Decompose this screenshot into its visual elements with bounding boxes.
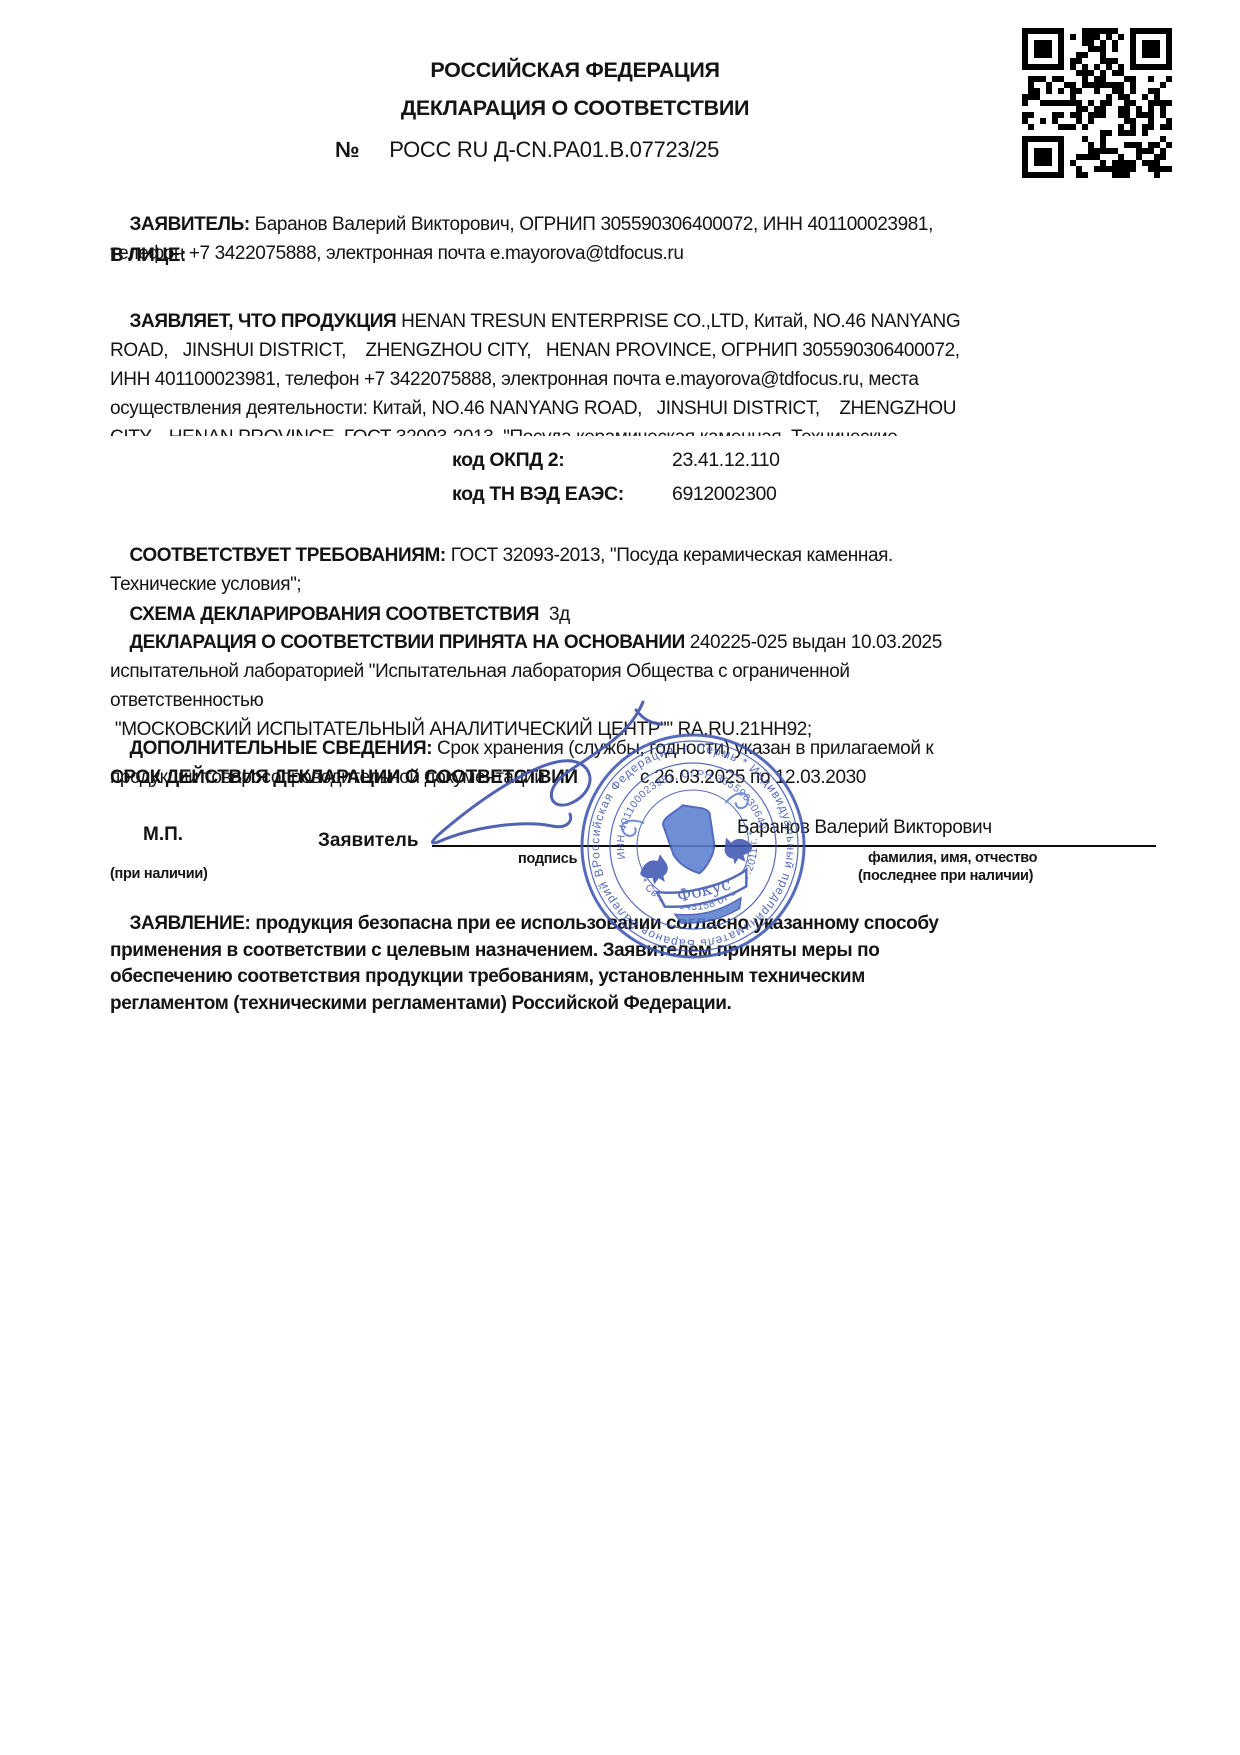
name-caption-line1: фамилия, имя, отчество	[868, 850, 1037, 866]
stamp-place-label: М.П.	[143, 824, 183, 846]
additional-label: ДОПОЛНИТЕЛЬНЫЕ СВЕДЕНИЯ:	[130, 738, 433, 759]
okpd-code-value: 23.41.12.110	[672, 449, 780, 472]
stamp-place-note: (при наличии)	[110, 866, 208, 882]
tnved-code-label: код ТН ВЭД ЕАЭС:	[452, 483, 624, 506]
document-title: ДЕКЛАРАЦИЯ О СООТВЕТСТВИИ	[0, 96, 1150, 121]
declaration-document: РОССИЙСКАЯ ФЕДЕРАЦИЯ ДЕКЛАРАЦИЯ О СООТВЕ…	[0, 0, 1240, 1755]
tnved-code-value: 6912002300	[672, 483, 776, 506]
declaration-number-row: №РОСС RU Д-CN.РА01.В.07723/25	[335, 137, 719, 163]
name-caption-line2: (последнее при наличии)	[858, 868, 1033, 884]
product-paragraph: ЗАЯВЛЯЕТ, ЧТО ПРОДУКЦИЯ HENAN TRESUN ENT…	[110, 278, 1168, 436]
country-title: РОССИЙСКАЯ ФЕДЕРАЦИЯ	[0, 58, 1150, 83]
stamp-seal: Российская Федерация, г. Пермь * Индивид…	[576, 729, 810, 963]
product-label: ЗАЯВЛЯЕТ, ЧТО ПРОДУКЦИЯ	[130, 311, 397, 332]
applicant-label: ЗАЯВИТЕЛЬ:	[130, 214, 250, 235]
basis-label: ДЕКЛАРАЦИЯ О СООТВЕТСТВИИ ПРИНЯТА НА ОСН…	[130, 632, 685, 653]
statement-label: ЗАЯВЛЕНИЕ:	[130, 913, 251, 934]
in-person-label: В ЛИЦЕ:	[110, 241, 1168, 270]
declaration-number: РОСС RU Д-CN.РА01.В.07723/25	[389, 137, 719, 162]
conformity-label: СООТВЕТСТВУЕТ ТРЕБОВАНИЯМ:	[130, 545, 446, 566]
number-label: №	[335, 137, 359, 162]
okpd-code-label: код ОКПД 2:	[452, 449, 564, 472]
